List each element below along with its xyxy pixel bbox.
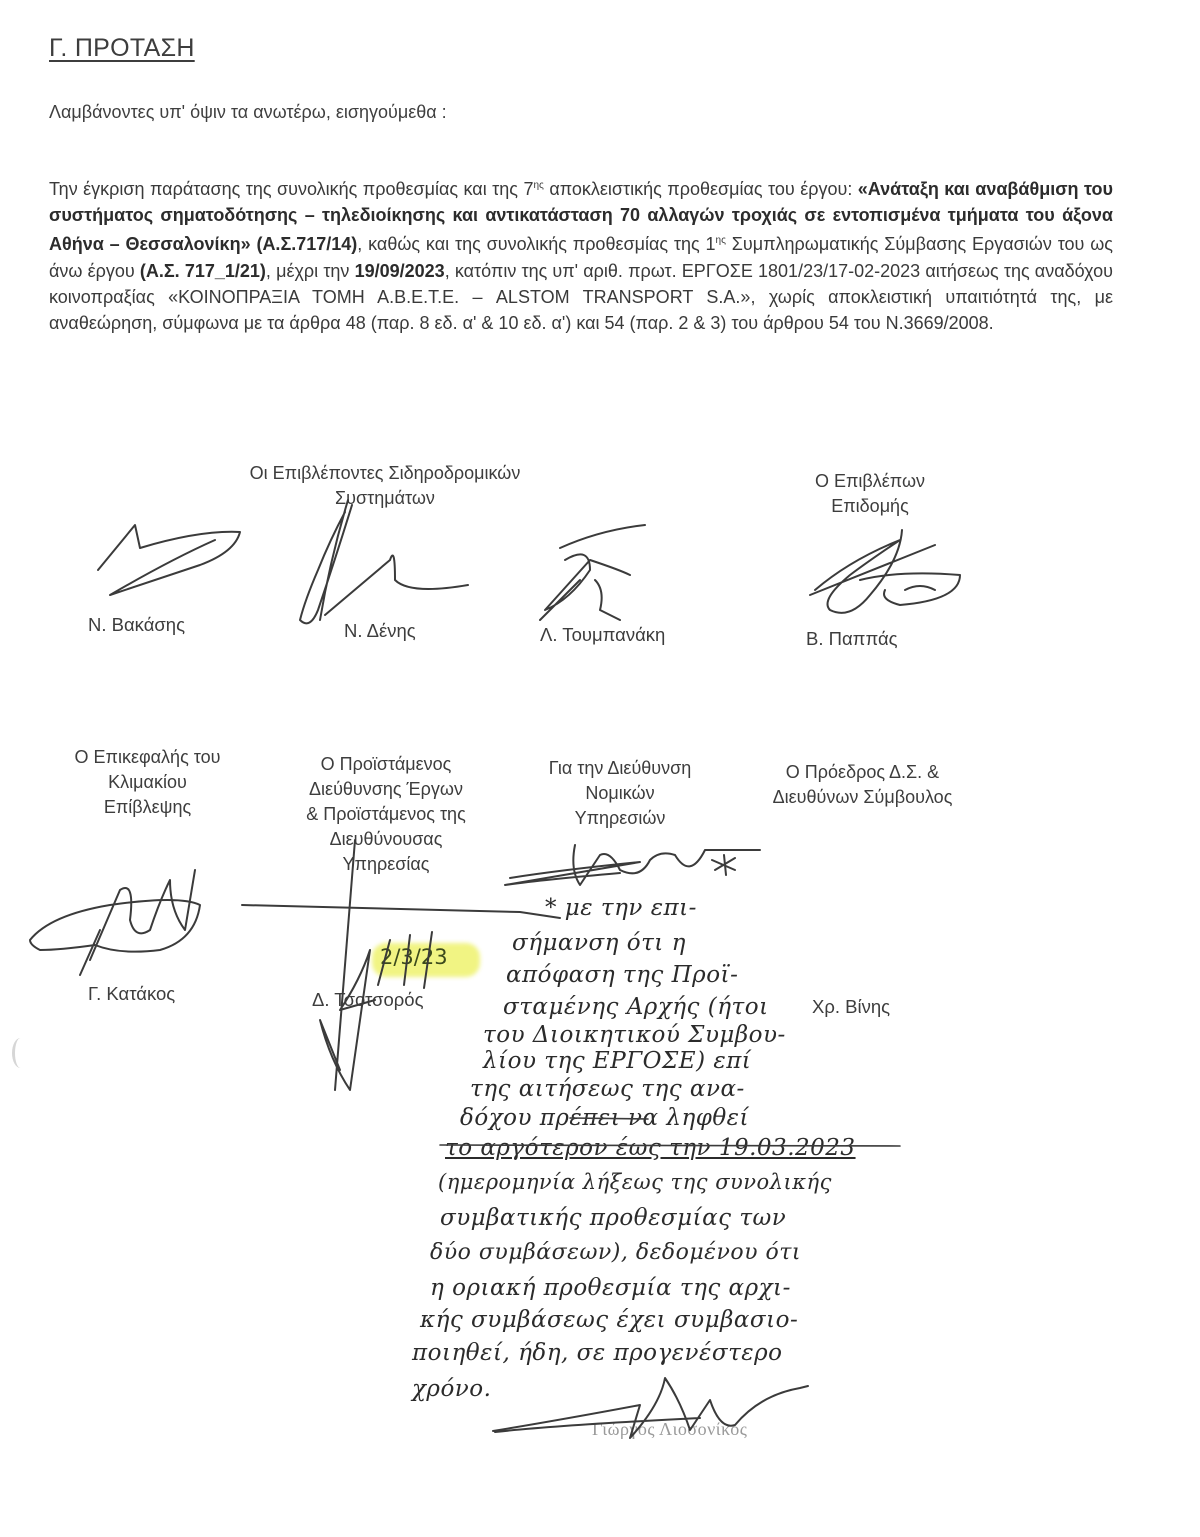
title-line: Ο Προϊστάμενος bbox=[270, 752, 502, 777]
signatory-title-head: Ο Επικεφαλής του Κλιμακίου Επίβλεψης bbox=[40, 745, 255, 820]
handwritten-date: 2/3/23 bbox=[380, 945, 448, 969]
proposal-paragraph: Την έγκριση παράτασης της συνολικής προθ… bbox=[49, 173, 1113, 336]
proposal-text-1: Την έγκριση παράτασης της συνολικής προθ… bbox=[49, 179, 533, 199]
signatory-title-legal: Για την Διεύθυνση Νομικών Υπηρεσιών bbox=[515, 756, 725, 831]
signatory-name: Ν. Βακάσης bbox=[88, 614, 185, 636]
horizontal-ink-line bbox=[242, 905, 560, 918]
title-line: Υπηρεσίας bbox=[270, 852, 502, 877]
signature-katakos bbox=[30, 870, 200, 975]
title-line: Υπηρεσιών bbox=[515, 806, 725, 831]
handwritten-line: του Διοικητικού Συμβου- bbox=[483, 1022, 786, 1048]
signature-vakasis bbox=[98, 525, 240, 595]
signature-legal bbox=[505, 845, 760, 885]
signatory-name: Ν. Δένης bbox=[344, 620, 416, 642]
title-line: Ο Πρόεδρος Δ.Σ. & bbox=[740, 760, 985, 785]
proposal-text-3: , καθώς και της συνολικής προθεσμίας της… bbox=[357, 234, 715, 254]
signatory-name: Γ. Κατάκος bbox=[88, 983, 175, 1005]
railway-supervisors-title: Οι Επιβλέποντες Σιδηροδρομικών Συστημάτω… bbox=[190, 461, 580, 511]
handwritten-line: λίου της ΕΡΓΟΣΕ) επί bbox=[483, 1048, 751, 1074]
handwritten-line: η οριακή προθεσμία της αρχι- bbox=[430, 1275, 791, 1301]
signatory-name: Β. Παππάς bbox=[806, 628, 898, 650]
handwritten-line: της αιτήσεως της ανα- bbox=[470, 1076, 745, 1102]
contract-reference: (Α.Σ. 717_1/21) bbox=[140, 261, 266, 281]
handwritten-line: συμβατικής προθεσμίας των bbox=[440, 1205, 786, 1231]
title-line: Διευθύνων Σύμβουλος bbox=[740, 785, 985, 810]
handwritten-line: * με την επι- bbox=[545, 895, 697, 921]
handwritten-line: δόχου πρέπει να ληφθεί bbox=[460, 1105, 749, 1131]
title-line: Επιδομής bbox=[770, 494, 970, 519]
signatory-title-ceo: Ο Πρόεδρος Δ.Σ. & Διευθύνων Σύμβουλος bbox=[740, 760, 985, 810]
ordinal-suffix: ης bbox=[716, 235, 726, 246]
title-line: Νομικών bbox=[515, 781, 725, 806]
signature-pappas bbox=[810, 530, 960, 613]
signatory-name: Δ. Τσοτσορός bbox=[312, 989, 424, 1011]
handwritten-line: χρόνο. bbox=[412, 1376, 491, 1402]
handwritten-line: ποιηθεί, ήδη, σε προγενέστερο bbox=[412, 1340, 783, 1366]
title-line: Διεύθυνσης Έργων bbox=[270, 777, 502, 802]
punch-hole-mark bbox=[12, 1038, 29, 1068]
title-line: Για την Διεύθυνση bbox=[515, 756, 725, 781]
handwritten-line: απόφαση της Προϊ- bbox=[506, 962, 738, 988]
signature-denis bbox=[300, 500, 468, 623]
signatory-name: Χρ. Βίνης bbox=[812, 996, 890, 1018]
handwritten-line: το αργότερον έως την 19.03.2023 bbox=[445, 1135, 856, 1161]
signatory-title-director: Ο Προϊστάμενος Διεύθυνσης Έργων & Προϊστ… bbox=[270, 752, 502, 877]
intro-text: Λαμβάνοντες υπ' όψιν τα ανωτέρω, εισηγού… bbox=[49, 102, 447, 123]
handwritten-line: σήμανση ότι η bbox=[512, 930, 686, 956]
structural-supervisor-title: Ο Επιβλέπων Επιδομής bbox=[770, 469, 970, 519]
title-line: Διευθύνουσας bbox=[270, 827, 502, 852]
handwritten-line: σταμένης Αρχής (ήτοι bbox=[503, 994, 769, 1020]
handwritten-line: δύο συμβάσεων), δεδομένου ότι bbox=[430, 1240, 801, 1265]
proposal-text-5: , μέχρι την bbox=[266, 261, 355, 281]
title-line: & Προϊστάμενος της bbox=[270, 802, 502, 827]
title-line: Οι Επιβλέποντες Σιδηροδρομικών bbox=[190, 461, 580, 486]
handwritten-line: (ημερομηνία λήξεως της συνολικής bbox=[438, 1170, 832, 1194]
title-line: Ο Επιβλέπων bbox=[770, 469, 970, 494]
proposal-text-2: αποκλειστικής προθεσμίας του έργου: bbox=[544, 179, 858, 199]
handwritten-line: κής συμβάσεως έχει συμβασιο- bbox=[420, 1307, 798, 1333]
section-heading: Γ. ΠΡΟΤΑΣΗ bbox=[49, 34, 195, 63]
signature-toumpanaki bbox=[540, 525, 645, 620]
ordinal-suffix: ης bbox=[533, 180, 543, 191]
title-line: Επίβλεψης bbox=[40, 795, 255, 820]
deadline-date: 19/09/2023 bbox=[355, 261, 445, 281]
signer-name-stamp: Γιώργος Λιοσονίκος bbox=[592, 1419, 747, 1440]
signature-tsotsoros bbox=[320, 840, 375, 1090]
title-line: Συστημάτων bbox=[190, 486, 580, 511]
title-line: Ο Επικεφαλής του bbox=[40, 745, 255, 770]
title-line: Κλιμακίου bbox=[40, 770, 255, 795]
signatory-name: Λ. Τουμπανάκη bbox=[540, 624, 665, 646]
